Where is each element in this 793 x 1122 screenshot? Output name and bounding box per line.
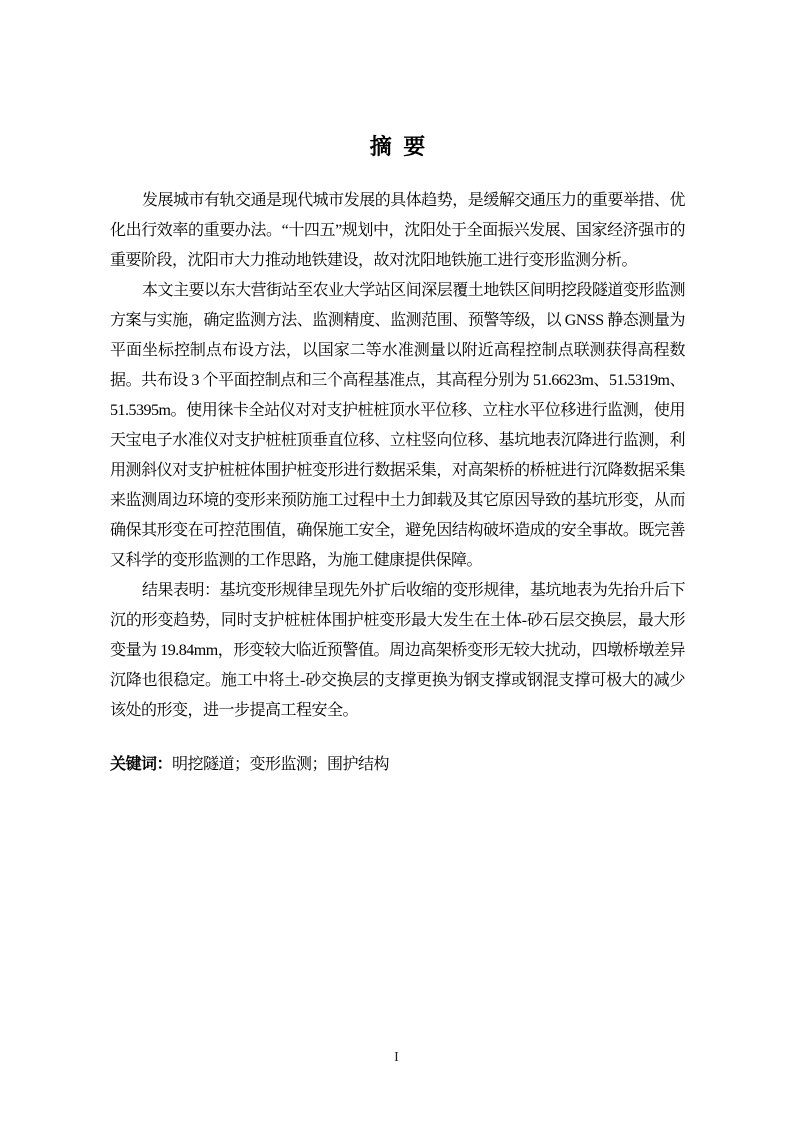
document-page: 摘 要 发展城市有轨交通是现代城市发展的具体趋势，是缓解交通压力的重要举措、优化… — [0, 0, 793, 1122]
keywords-line: 关键词：明挖隧道；变形监测；围护结构 — [110, 750, 685, 780]
page-title: 摘 要 — [110, 130, 685, 164]
abstract-paragraph-results: 结果表明：基坑变形规律呈现先外扩后收缩的变形规律，基坑地表为先抬升后下沉的形变趋… — [110, 576, 685, 726]
abstract-paragraph-methods: 本文主要以东大营街站至农业大学站区间深层覆土地铁区间明挖段隧道变形监测方案与实施… — [110, 276, 685, 576]
keywords-text: 明挖隧道；变形监测；围护结构 — [172, 756, 389, 773]
page-number: I — [0, 1050, 793, 1066]
abstract-paragraph-intro: 发展城市有轨交通是现代城市发展的具体趋势，是缓解交通压力的重要举措、优化出行效率… — [110, 186, 685, 276]
keywords-label: 关键词： — [110, 756, 172, 773]
